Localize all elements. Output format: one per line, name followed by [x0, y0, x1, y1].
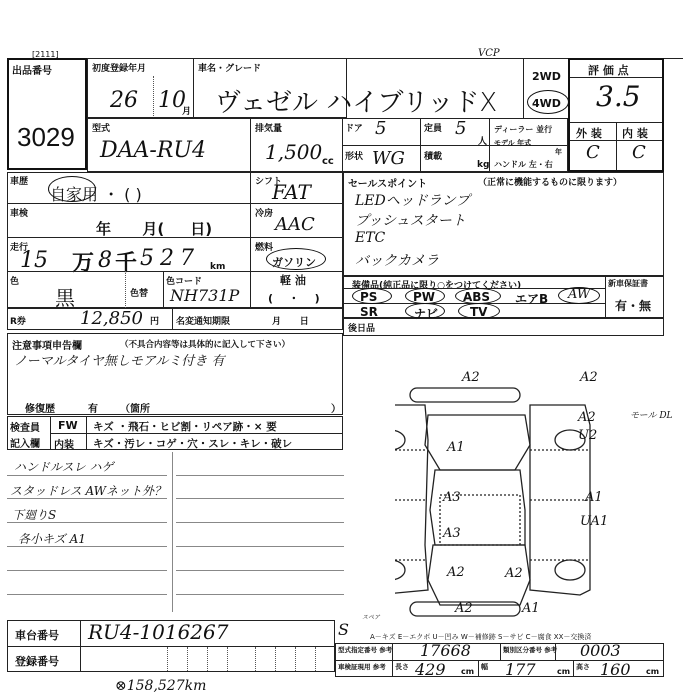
- dmg-mark: U2: [578, 428, 597, 443]
- capacity: 5: [455, 118, 466, 139]
- displacement: 1,500: [265, 140, 322, 164]
- score-box: 評 価 点 3.5 外 装 内 装 C C: [568, 58, 664, 172]
- remark-4: 各小キズ A1: [18, 530, 86, 547]
- car-name: ヴェゼル ハイブリッドX: [215, 82, 497, 119]
- drive-2wd: 2WD: [532, 70, 561, 83]
- color-code: NH731P: [170, 286, 239, 305]
- dmg-mark: A2: [578, 410, 596, 425]
- dmg-mark: A1: [585, 490, 603, 505]
- color-value: 黒: [55, 282, 75, 311]
- doors: 5: [375, 118, 386, 139]
- dmg-mark: A2: [447, 565, 465, 580]
- dmg-mark: A3: [443, 526, 461, 541]
- interior-items: キズ・汚レ・コゲ・穴・スレ・キレ・破レ: [93, 436, 292, 451]
- chassis-number: RU4-1016267: [88, 620, 228, 644]
- score-value: 3.5: [596, 80, 641, 113]
- length-value: 429: [415, 660, 446, 679]
- dmg-mark: A2: [455, 601, 473, 616]
- dmg-mark: A2: [462, 370, 480, 385]
- legend-mark: S: [338, 620, 349, 639]
- remark-2: スタッドレス AWネット外？: [10, 482, 166, 499]
- equip-airbag: エアB: [515, 290, 548, 307]
- notes-text: ノーマルタイヤ無しモアルミ付き 有: [14, 350, 224, 369]
- lot-number: 3029: [17, 122, 75, 153]
- dmg-mark: A2: [505, 566, 523, 581]
- remark-1: ハンドルスレ ハゲ: [14, 458, 113, 475]
- fw-items: キズ ・飛石・ヒビ割・リペア跡・× 要: [93, 419, 277, 434]
- first-reg-year: 26: [110, 88, 138, 113]
- dmg-mark: A1: [447, 440, 465, 455]
- lot-label: 出品番号: [12, 62, 52, 77]
- dmg-mark: A1: [522, 601, 540, 616]
- dmg-mark: A2: [580, 370, 598, 385]
- damage-legend: A－キズ E－エクボ U－凹み W－補修跡 S－サビ C－腐食 XX－交換済: [370, 632, 591, 642]
- dmg-mark: A3: [443, 490, 461, 505]
- equip-sr: SR: [360, 305, 378, 319]
- exterior-grade: C: [586, 142, 600, 163]
- sales-point-3: ETC: [355, 230, 385, 246]
- mileage-rest: 527: [140, 246, 200, 271]
- first-reg-label: 初度登録年月: [92, 61, 146, 74]
- shift-value: FAT: [272, 180, 311, 204]
- dmg-mark: モール DL: [630, 408, 673, 421]
- mileage-man: 15: [20, 248, 48, 273]
- car-name-label: 車名・グレード: [198, 61, 261, 74]
- type-number: 17668: [420, 641, 471, 660]
- drive-4wd-circle: [527, 90, 569, 114]
- class-number: 0003: [580, 641, 621, 660]
- mileage-note: ⊗158,527km: [115, 678, 206, 694]
- recycle-fee: 12,850: [80, 308, 143, 329]
- interior-grade: C: [632, 142, 646, 163]
- top-mark: VCP: [478, 48, 500, 59]
- dmg-mark: UA1: [580, 514, 608, 529]
- score-label: 評 価 点: [588, 62, 629, 78]
- width-value: 177: [505, 660, 536, 679]
- model-code: DAA-RU4: [100, 138, 206, 163]
- mileage-sen: 8: [98, 248, 112, 273]
- remark-3: 下廻りS: [12, 506, 56, 523]
- sales-point-2: プッシュスタート: [355, 210, 466, 230]
- sales-point-1: LEDヘッドランプ: [355, 190, 470, 210]
- sales-point-4: バックカメラ: [355, 250, 439, 270]
- shape: WG: [372, 148, 405, 169]
- ac-value: AAC: [275, 214, 315, 235]
- warranty-value: 有・無: [615, 297, 651, 314]
- height-value: 160: [600, 660, 631, 679]
- lot-box: 出品番号 3029: [7, 58, 87, 170]
